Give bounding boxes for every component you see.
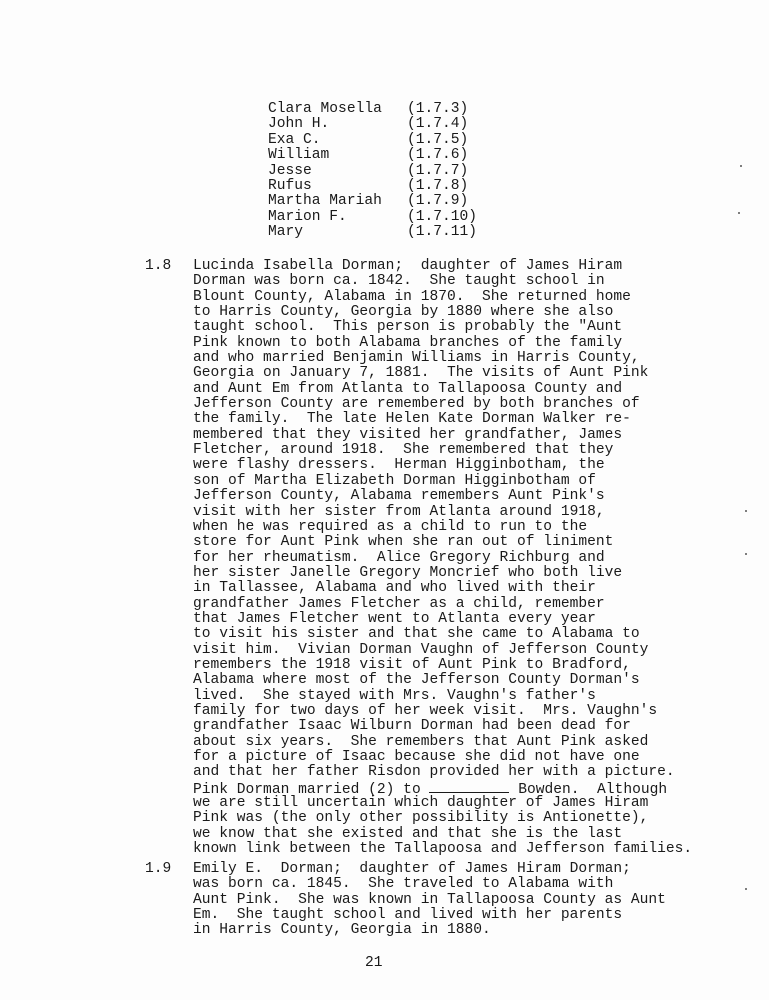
text-line: grandfather James Fletcher as a child, r… <box>193 597 692 612</box>
child-ref: (1.7.4) <box>407 116 468 132</box>
text-line: visit with her sister from Atlanta aroun… <box>193 505 692 520</box>
child-ref: (1.7.9) <box>407 193 468 209</box>
text-line: Fletcher, around 1918. She remembered th… <box>193 443 692 458</box>
text-line: Aunt Pink. She was known in Tallapoosa C… <box>193 893 666 908</box>
text-line: were flashy dressers. Herman Higginbotha… <box>193 458 692 473</box>
child-name: Jesse <box>268 164 407 179</box>
text-line: about six years. She remembers that Aunt… <box>193 735 692 750</box>
child-ref: (1.7.8) <box>407 178 468 194</box>
scan-speck <box>738 212 740 214</box>
child-name: Clara Mosella <box>268 102 407 117</box>
entry-number: 1.9 <box>145 862 193 877</box>
text-line: and that her father Risdon provided her … <box>193 765 692 780</box>
text-line: son of Martha Elizabeth Dorman Higginbot… <box>193 474 692 489</box>
text-line: Pink was (the only other possibility is … <box>193 811 692 826</box>
text-line: to Harris County, Georgia by 1880 where … <box>193 305 692 320</box>
blank-fill-line <box>429 781 509 793</box>
child-ref: (1.7.11) <box>407 224 477 240</box>
text-line: Blount County, Alabama in 1870. She retu… <box>193 290 692 305</box>
child-list-item: Exa C.(1.7.5) <box>268 133 477 148</box>
child-list-item: Marion F.(1.7.10) <box>268 210 477 225</box>
text-line: lived. She stayed with Mrs. Vaughn's fat… <box>193 689 692 704</box>
text-line: grandfather Isaac Wilburn Dorman had bee… <box>193 719 692 734</box>
entry-number: 1.8 <box>145 259 193 274</box>
text-line: and Aunt Em from Atlanta to Tallapoosa C… <box>193 382 692 397</box>
text-line: Lucinda Isabella Dorman; daughter of Jam… <box>193 259 692 274</box>
child-name: Marion F. <box>268 210 407 225</box>
text-line: taught school. This person is probably t… <box>193 320 692 335</box>
child-ref: (1.7.10) <box>407 209 477 225</box>
text-line: for a picture of Isaac because she did n… <box>193 750 692 765</box>
text-line: Jefferson County, Alabama remembers Aunt… <box>193 489 692 504</box>
text-line: Alabama where most of the Jefferson Coun… <box>193 673 692 688</box>
text-line: to visit his sister and that she came to… <box>193 627 692 642</box>
text-line: and who married Benjamin Williams in Har… <box>193 351 692 366</box>
document-page: Clara Mosella(1.7.3)John H.(1.7.4)Exa C.… <box>0 0 769 1000</box>
scan-speck <box>745 888 747 890</box>
text-line: we are still uncertain which daughter of… <box>193 796 692 811</box>
text-line: Pink known to both Alabama branches of t… <box>193 336 692 351</box>
children-list: Clara Mosella(1.7.3)John H.(1.7.4)Exa C.… <box>268 102 477 241</box>
text-line: that James Fletcher went to Atlanta ever… <box>193 612 692 627</box>
scan-speck <box>740 165 742 167</box>
child-ref: (1.7.6) <box>407 147 468 163</box>
page-number: 21 <box>365 955 383 971</box>
text-line: Jefferson County are remembered by both … <box>193 397 692 412</box>
text-line: Em. She taught school and lived with her… <box>193 908 666 923</box>
child-name: Exa C. <box>268 133 407 148</box>
child-name: Mary <box>268 225 407 240</box>
child-name: Rufus <box>268 179 407 194</box>
child-list-item: Martha Mariah(1.7.9) <box>268 194 477 209</box>
text-line: was born ca. 1845. She traveled to Alaba… <box>193 877 666 892</box>
child-list-item: William(1.7.6) <box>268 148 477 163</box>
text-line: her sister Janelle Gregory Moncrief who … <box>193 566 692 581</box>
child-list-item: Jesse(1.7.7) <box>268 164 477 179</box>
child-name: Martha Mariah <box>268 194 407 209</box>
text-line: family for two days of her week visit. M… <box>193 704 692 719</box>
child-list-item: Clara Mosella(1.7.3) <box>268 102 477 117</box>
text-line: store for Aunt Pink when she ran out of … <box>193 535 692 550</box>
child-list-item: Rufus(1.7.8) <box>268 179 477 194</box>
child-ref: (1.7.5) <box>407 132 468 148</box>
text-line: in Tallassee, Alabama and who lived with… <box>193 581 692 596</box>
text-line: Pink Dorman married (2) to Bowden. Altho… <box>193 781 692 796</box>
text-line: known link between the Tallapoosa and Je… <box>193 842 692 857</box>
text-line: for her rheumatism. Alice Gregory Richbu… <box>193 551 692 566</box>
child-ref: (1.7.3) <box>407 101 468 117</box>
child-list-item: Mary(1.7.11) <box>268 225 477 240</box>
child-ref: (1.7.7) <box>407 163 468 179</box>
text-line: Emily E. Dorman; daughter of James Hiram… <box>193 862 666 877</box>
text-line: Dorman was born ca. 1842. She taught sch… <box>193 274 692 289</box>
text-line: when he was required as a child to run t… <box>193 520 692 535</box>
text-line: the family. The late Helen Kate Dorman W… <box>193 412 692 427</box>
text-line: Georgia on January 7, 1881. The visits o… <box>193 366 692 381</box>
child-name: William <box>268 148 407 163</box>
text-line: in Harris County, Georgia in 1880. <box>193 923 666 938</box>
entry-body: Lucinda Isabella Dorman; daughter of Jam… <box>193 259 692 857</box>
entry-body: Emily E. Dorman; daughter of James Hiram… <box>193 862 666 939</box>
text-line: visit him. Vivian Dorman Vaughn of Jeffe… <box>193 643 692 658</box>
scan-speck <box>745 553 747 555</box>
child-name: John H. <box>268 117 407 132</box>
text-line: remembers the 1918 visit of Aunt Pink to… <box>193 658 692 673</box>
scan-speck <box>745 510 747 512</box>
child-list-item: John H.(1.7.4) <box>268 117 477 132</box>
text-line: we know that she existed and that she is… <box>193 827 692 842</box>
text-line: membered that they visited her grandfath… <box>193 428 692 443</box>
